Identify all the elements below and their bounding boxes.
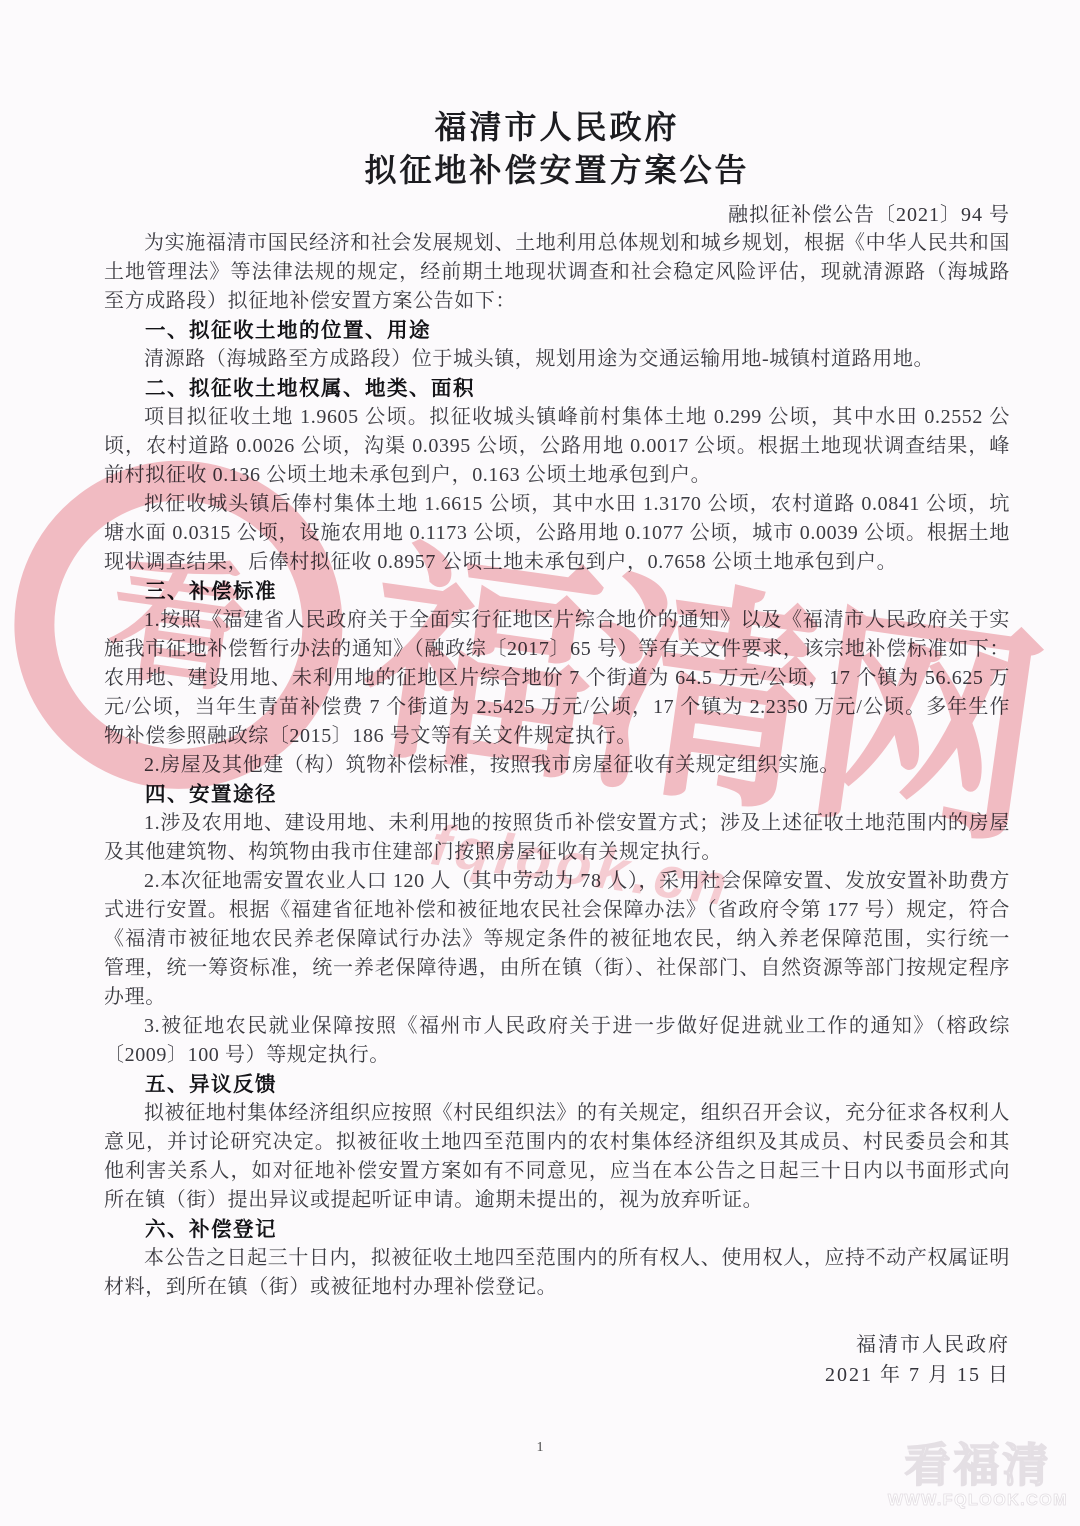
section-heading-1: 一、拟征收土地的位置、用途	[104, 316, 1010, 345]
signature-date: 2021 年 7 月 15 日	[104, 1360, 1010, 1390]
section-5-paragraph-1: 拟被征地村集体经济组织应按照《村民组织法》的有关规定，组织召开会议，充分征求各权…	[104, 1099, 1010, 1215]
doc-number: 融拟征补偿公告〔2021〕94 号	[104, 201, 1010, 229]
document-page: 看 福清网 fqlook.cn 福清市人民政府 拟征地补偿安置方案公告 融拟征补…	[0, 0, 1080, 1526]
fqlook-corner-logo: 看福清 WWW.FQLOOK.COM	[888, 1439, 1068, 1510]
section-6-paragraph-1: 本公告之日起三十日内，拟被征收土地四至范围内的所有权人、使用权人，应持不动产权属…	[104, 1244, 1010, 1302]
section-4-paragraph-3: 3.被征地农民就业保障按照《福州市人民政府关于进一步做好促进就业工作的通知》（榕…	[104, 1012, 1010, 1070]
section-heading-6: 六、补偿登记	[104, 1215, 1010, 1244]
section-heading-3: 三、补偿标准	[104, 577, 1010, 606]
title-line-2: 拟征地补偿安置方案公告	[104, 149, 1010, 192]
title-line-1: 福清市人民政府	[104, 106, 1010, 149]
announcement-body: 福清市人民政府 拟征地补偿安置方案公告 融拟征补偿公告〔2021〕94 号 为实…	[0, 0, 1080, 1390]
section-1-paragraph-1: 清源路（海城路至方成路段）位于城头镇，规划用途为交通运输用地-城镇村道路用地。	[104, 345, 1010, 374]
section-2-paragraph-1: 项目拟征收土地 1.9605 公顷。拟征收城头镇峰前村集体土地 0.299 公顷…	[104, 403, 1010, 490]
section-4-paragraph-1: 1.涉及农用地、建设用地、未利用地的按照货币补偿安置方式；涉及上述征收土地范围内…	[104, 809, 1010, 867]
corner-logo-title: 看福清	[888, 1439, 1068, 1492]
signature-org: 福清市人民政府	[104, 1330, 1010, 1360]
section-heading-2: 二、拟征收土地权属、地类、面积	[104, 374, 1010, 403]
intro-paragraph: 为实施福清市国民经济和社会发展规划、土地利用总体规划和城乡规划，根据《中华人民共…	[104, 229, 1010, 316]
corner-logo-url: WWW.FQLOOK.COM	[888, 1492, 1068, 1510]
section-heading-5: 五、异议反馈	[104, 1070, 1010, 1099]
section-heading-4: 四、安置途径	[104, 780, 1010, 809]
section-4-paragraph-2: 2.本次征地需安置农业人口 120 人（其中劳动力 78 人），采用社会保障安置…	[104, 867, 1010, 1012]
section-2-paragraph-2: 拟征收城头镇后俸村集体土地 1.6615 公顷，其中水田 1.3170 公顷，农…	[104, 490, 1010, 577]
signature-block: 福清市人民政府 2021 年 7 月 15 日	[104, 1330, 1010, 1390]
page-title: 福清市人民政府 拟征地补偿安置方案公告	[104, 106, 1010, 192]
section-3-paragraph-2: 2.房屋及其他建（构）筑物补偿标准，按照我市房屋征收有关规定组织实施。	[104, 751, 1010, 780]
section-3-paragraph-1: 1.按照《福建省人民政府关于全面实行征地区片综合地价的通知》以及《福清市人民政府…	[104, 606, 1010, 751]
